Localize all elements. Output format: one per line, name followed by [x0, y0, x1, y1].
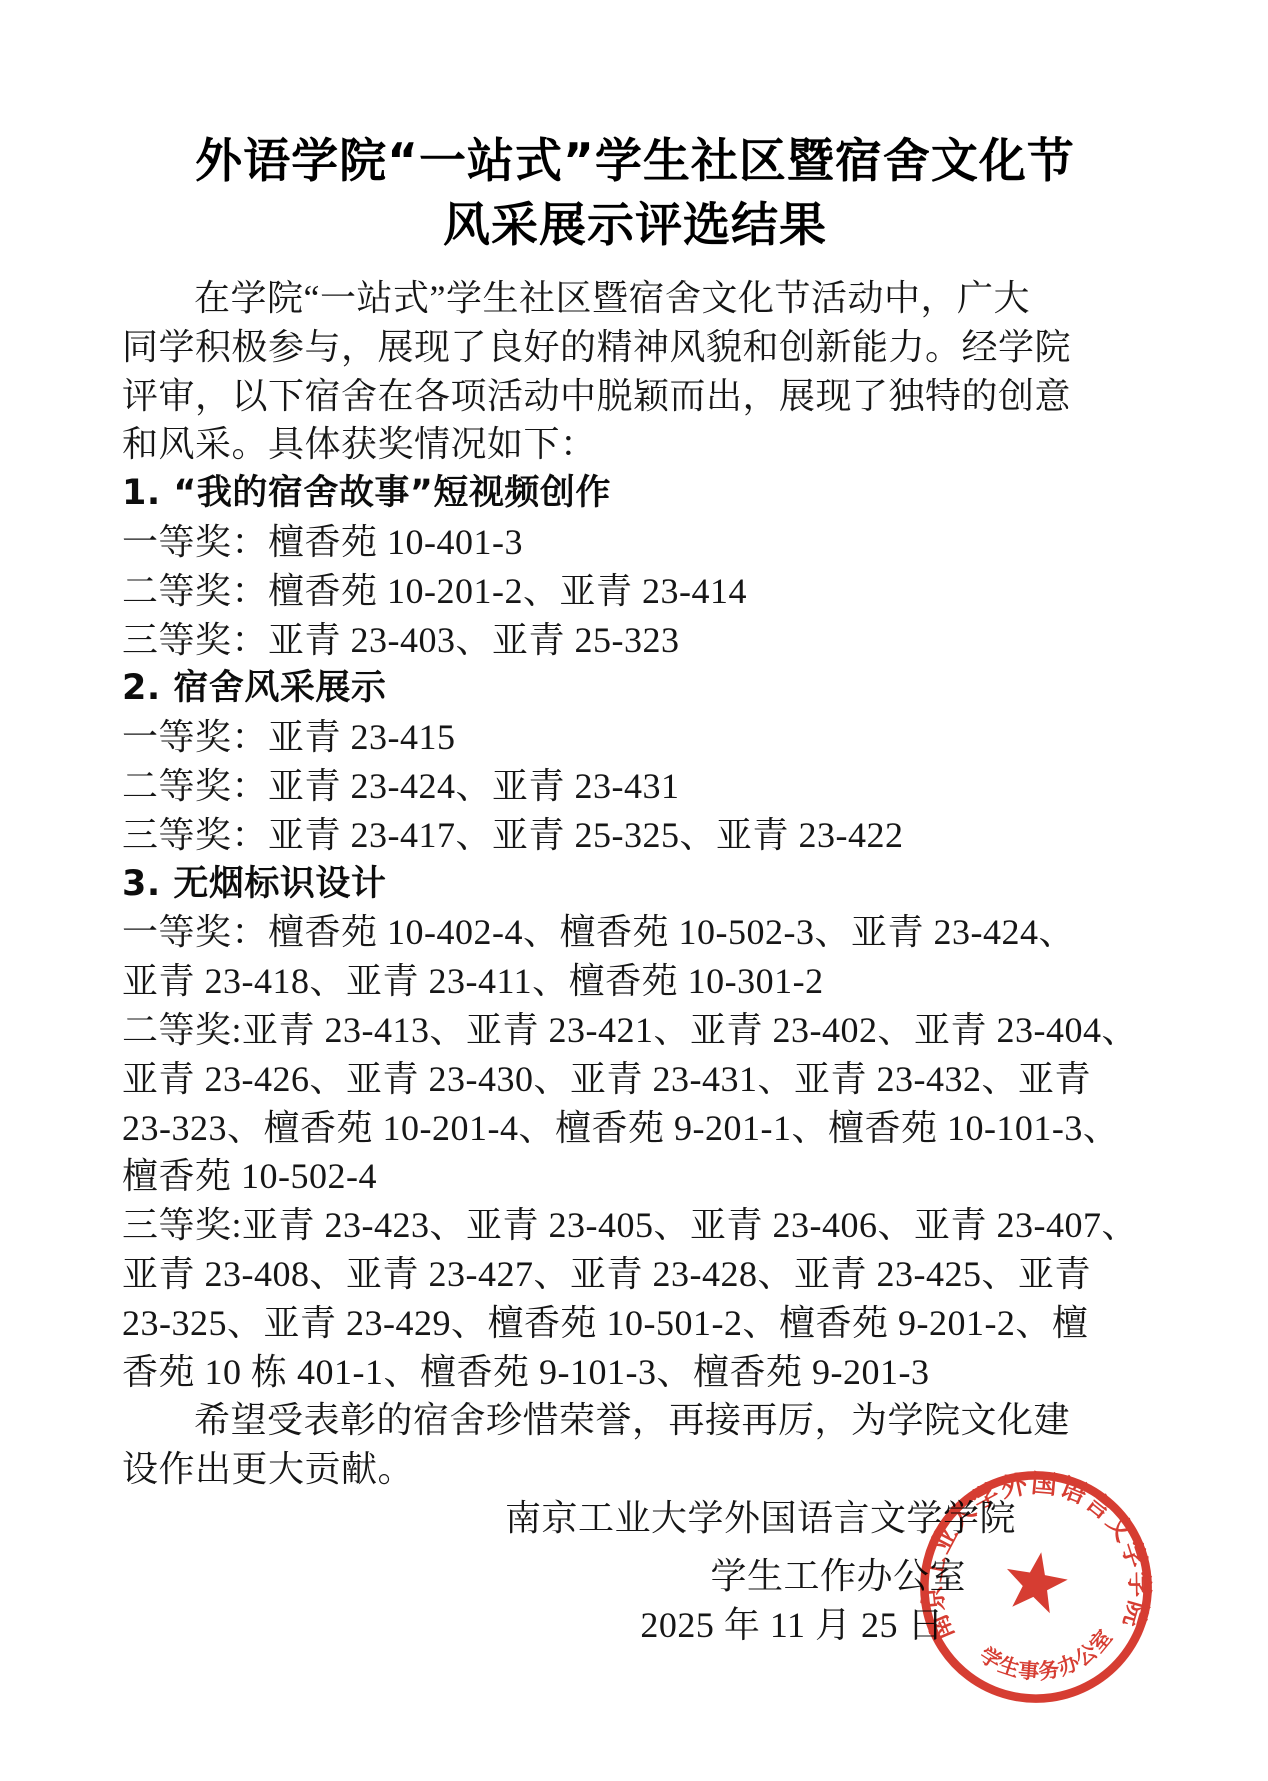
- document-line: 同学积极参与，展现了良好的精神风貌和创新能力。经学院: [122, 323, 1148, 372]
- document-line: 评审，以下宿舍在各项活动中脱颖而出，展现了独特的创意: [122, 372, 1148, 421]
- document-line: 1. “我的宿舍故事”短视频创作: [122, 469, 1148, 518]
- document-line: 一等奖：檀香苑 10-402-4、檀香苑 10-502-3、亚青 23-424、: [122, 908, 1148, 957]
- document-line: 三等奖:亚青 23-423、亚青 23-405、亚青 23-406、亚青 23-…: [122, 1201, 1148, 1250]
- document-line: 2. 宿舍风采展示: [122, 664, 1148, 713]
- document-line: 二等奖:亚青 23-413、亚青 23-421、亚青 23-402、亚青 23-…: [122, 1006, 1148, 1055]
- document-line: 和风采。具体获奖情况如下：: [122, 420, 1148, 469]
- document-line: 三等奖：亚青 23-417、亚青 25-325、亚青 23-422: [122, 811, 1148, 860]
- document-line: 亚青 23-426、亚青 23-430、亚青 23-431、亚青 23-432、…: [122, 1055, 1148, 1104]
- document-line: 23-325、亚青 23-429、檀香苑 10-501-2、檀香苑 9-201-…: [122, 1299, 1148, 1348]
- document-line: 希望受表彰的宿舍珍惜荣誉，再接再厉，为学院文化建: [122, 1396, 1148, 1445]
- document-line: 香苑 10 栋 401-1、檀香苑 9-101-3、檀香苑 9-201-3: [122, 1348, 1148, 1397]
- document-line: 亚青 23-418、亚青 23-411、檀香苑 10-301-2: [122, 957, 1148, 1006]
- document-line: 3. 无烟标识设计: [122, 860, 1148, 909]
- document-line: 三等奖：亚青 23-403、亚青 25-323: [122, 616, 1148, 665]
- document-line: 学生工作办公室: [122, 1552, 1148, 1601]
- document-content: 外语学院“一站式”学生社区暨宿舍文化节 风采展示评选结果 在学院“一站式”学生社…: [122, 130, 1148, 1649]
- document-title: 外语学院“一站式”学生社区暨宿舍文化节 风采展示评选结果: [122, 130, 1148, 258]
- document-line: 檀香苑 10-502-4: [122, 1152, 1148, 1201]
- document-line: 在学院“一站式”学生社区暨宿舍文化节活动中，广大: [122, 274, 1148, 323]
- document-line: 23-323、檀香苑 10-201-4、檀香苑 9-201-1、檀香苑 10-1…: [122, 1104, 1148, 1153]
- document-line: 一等奖：亚青 23-415: [122, 713, 1148, 762]
- document-line: 二等奖：檀香苑 10-201-2、亚青 23-414: [122, 567, 1148, 616]
- document-page: 外语学院“一站式”学生社区暨宿舍文化节 风采展示评选结果 在学院“一站式”学生社…: [0, 0, 1268, 1781]
- title-line-2: 风采展示评选结果: [122, 194, 1148, 258]
- document-line: 亚青 23-408、亚青 23-427、亚青 23-428、亚青 23-425、…: [122, 1250, 1148, 1299]
- document-line: 二等奖：亚青 23-424、亚青 23-431: [122, 762, 1148, 811]
- document-body: 在学院“一站式”学生社区暨宿舍文化节活动中，广大同学积极参与，展现了良好的精神风…: [122, 274, 1148, 1649]
- document-line: 南京工业大学外国语言文学学院: [122, 1494, 1148, 1543]
- document-line: 2025 年 11 月 25 日: [122, 1601, 1148, 1650]
- document-line: 设作出更大贡献。: [122, 1445, 1148, 1494]
- title-line-1: 外语学院“一站式”学生社区暨宿舍文化节: [122, 130, 1148, 194]
- document-line: 一等奖：檀香苑 10-401-3: [122, 518, 1148, 567]
